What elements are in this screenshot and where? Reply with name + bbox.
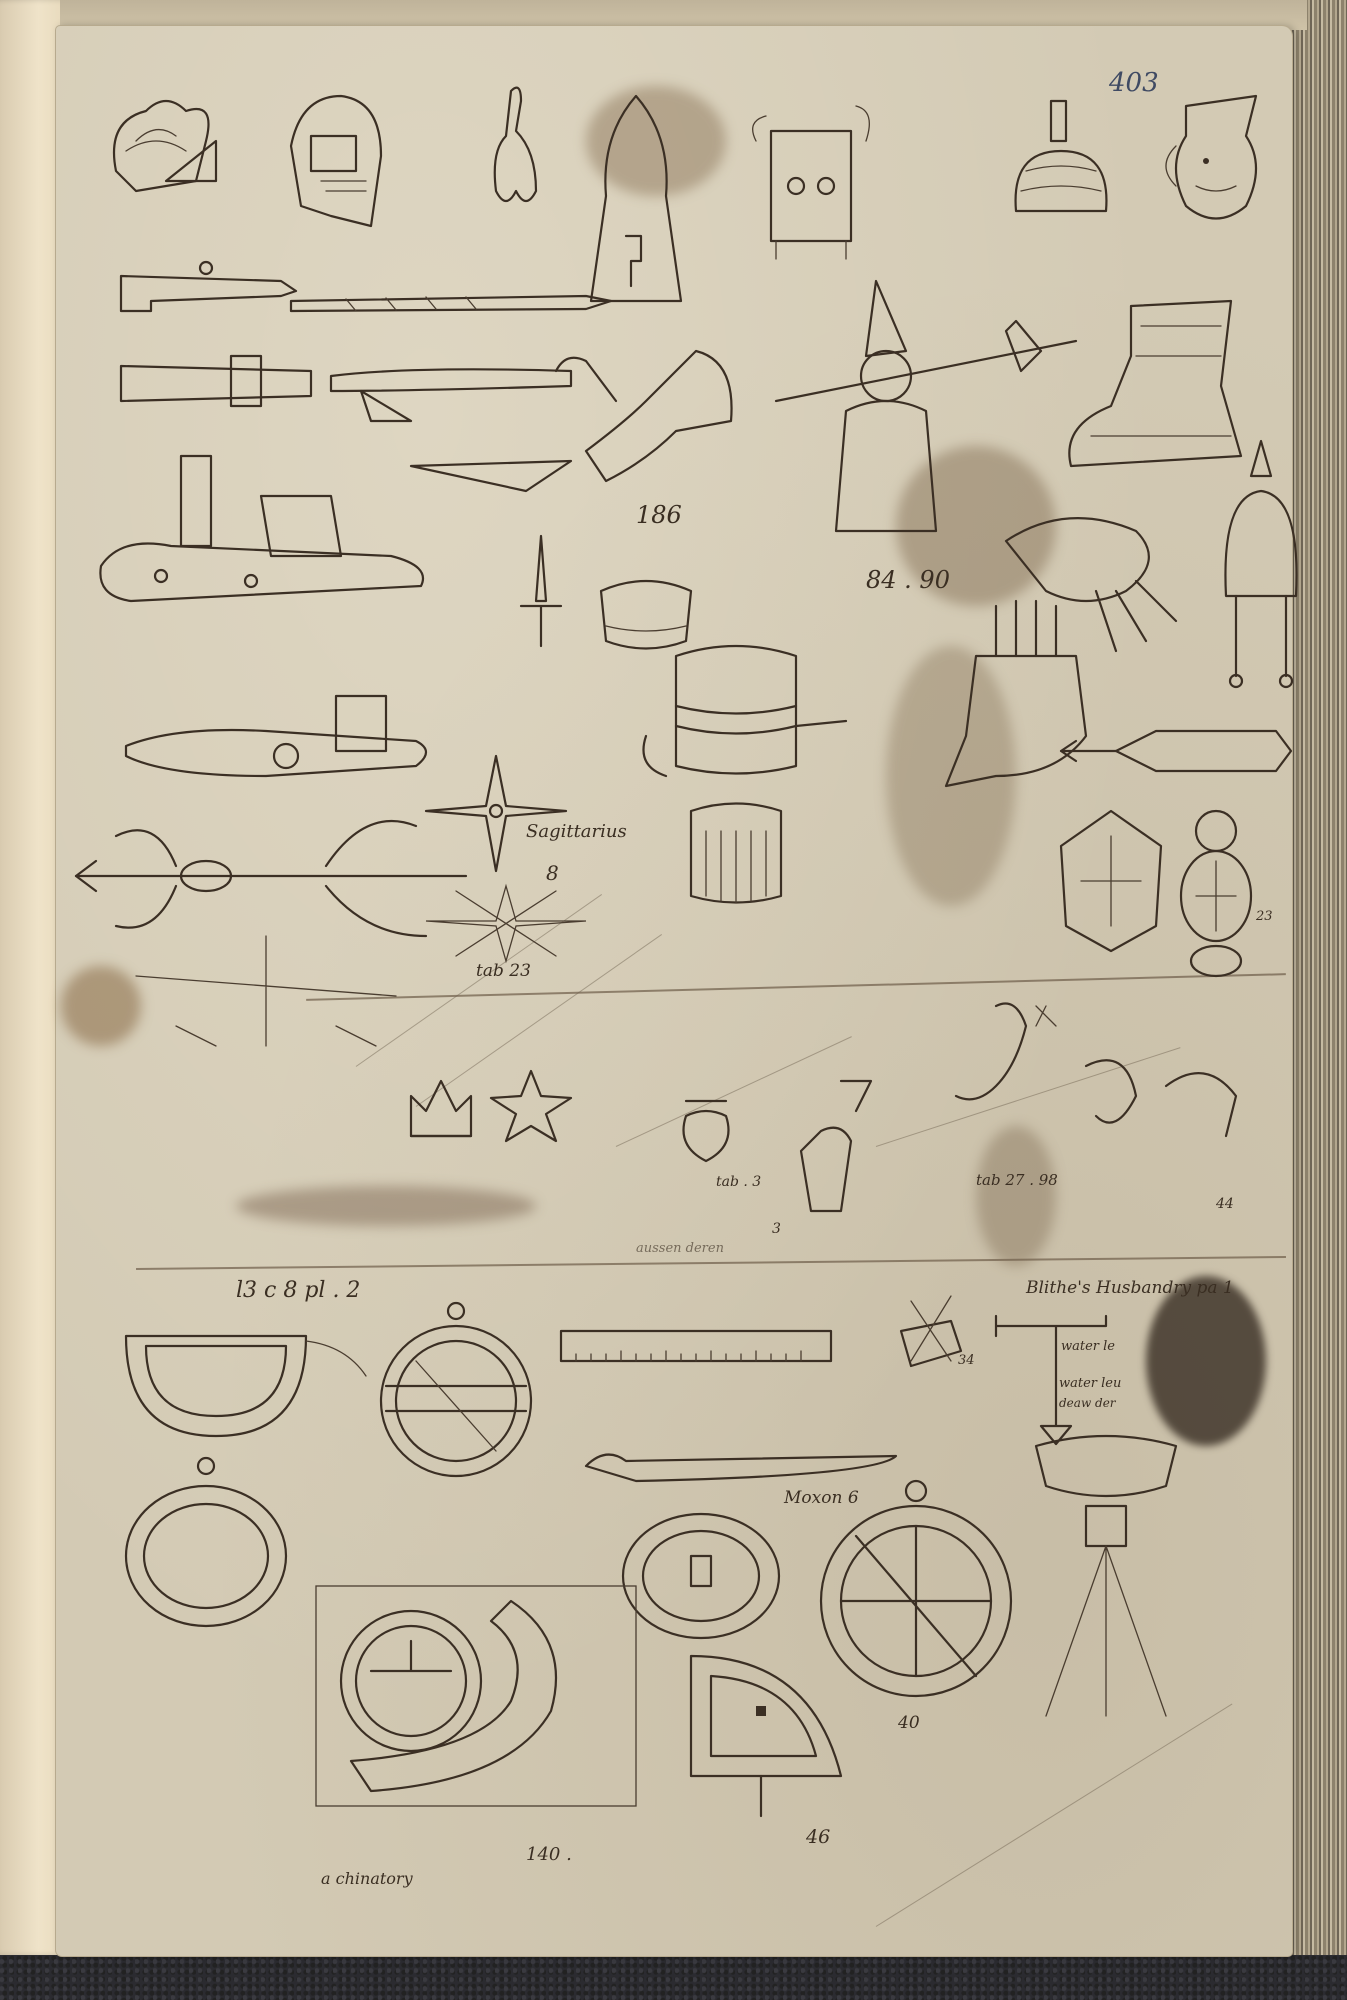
grotesque-figures-sketch [936,986,1276,1166]
square-quadrant-sketch [311,1581,641,1811]
stocks-frame-sketch [746,101,876,261]
water-label-1: water le [1061,1339,1115,1354]
dagger-sketch [516,531,566,651]
crowned-cap-sketch [1006,91,1116,221]
ruler-sketch [556,1326,836,1371]
number-46: 46 [806,1826,830,1848]
grotesque-face-sketch [1156,86,1286,236]
plumed-crest-sketch [96,81,226,201]
arrow-banner-sketch [1056,716,1296,786]
water-label-3: deaw der [1059,1396,1116,1410]
hexagonal-shield-sketch [1056,806,1166,956]
tripod-instrument-sketch [1016,1426,1196,1726]
folio-number: 403 [1109,68,1159,98]
oval-shield-sketch [1171,801,1261,981]
section-divider [136,1256,1286,1270]
blithe-husbandry-note: Blithe's Husbandry pa 1 [1026,1278,1234,1298]
section-reference: l3 c 8 pl . 2 [236,1278,360,1303]
arm-gauntlet-sketch [546,341,746,491]
closed-helmet-sketch [281,86,391,236]
compass-rose-sketch [416,876,596,966]
drum-top-sketch [636,636,856,786]
stain [236,1186,536,1226]
tab-3-annotation: tab . 3 [716,1174,761,1190]
chinatory-annotation: a chinatory [321,1869,413,1888]
instrument-number-34: 34 [958,1353,975,1368]
heraldic-bird-sketch [666,1086,746,1166]
number-40: 40 [898,1713,920,1733]
semicircular-protractor-sketch [116,1326,376,1446]
gun-barrel-sketch [111,256,301,316]
hanging-boots-sketch [476,81,556,221]
ink-blot [1146,1276,1266,1446]
manuscript-page: 403 186 [56,26,1292,1956]
astrolabe-sketch [366,1301,546,1491]
cannon-with-staff-sketch [111,336,581,426]
small-number-44: 44 [1216,1196,1234,1212]
twisted-staff-sketch [286,281,616,321]
shield-number-23: 23 [1256,909,1273,924]
star-sketch [486,1066,576,1146]
quadrant-instrument-sketch [681,1646,851,1826]
spiked-helmet-sketch [1206,436,1316,696]
blade-sketch [406,456,576,496]
tall-helmet-sketch [581,86,691,306]
number-140: 140 . [526,1844,572,1865]
tab-27-98-annotation: tab 27 . 98 [976,1171,1058,1189]
page-edges [1287,0,1347,1955]
faint-line-label: aussen deren [636,1241,724,1256]
wind-rose-sketch [116,926,416,1056]
small-number-3: 3 [772,1221,781,1237]
annotation-186: 186 [636,501,682,529]
drum-bottom-sketch [676,791,796,911]
annotation-84-90: 84 . 90 [866,566,950,594]
sagittarius-label: Sagittarius [526,821,627,842]
crown-sketch [401,1066,481,1146]
matchlock-mechanism-sketch [91,436,441,606]
sighting-instrument-sketch [891,1291,991,1381]
water-label-2: water leu [1059,1376,1121,1391]
plumed-fist-sketch [761,1071,881,1221]
circular-dial-sketch [616,1506,786,1646]
ring-dial-sketch [116,1456,296,1636]
tab-23-annotation: tab 23 [476,961,531,981]
flintlock-plate-sketch [116,686,436,796]
pencil-stroke [876,1704,1233,1927]
